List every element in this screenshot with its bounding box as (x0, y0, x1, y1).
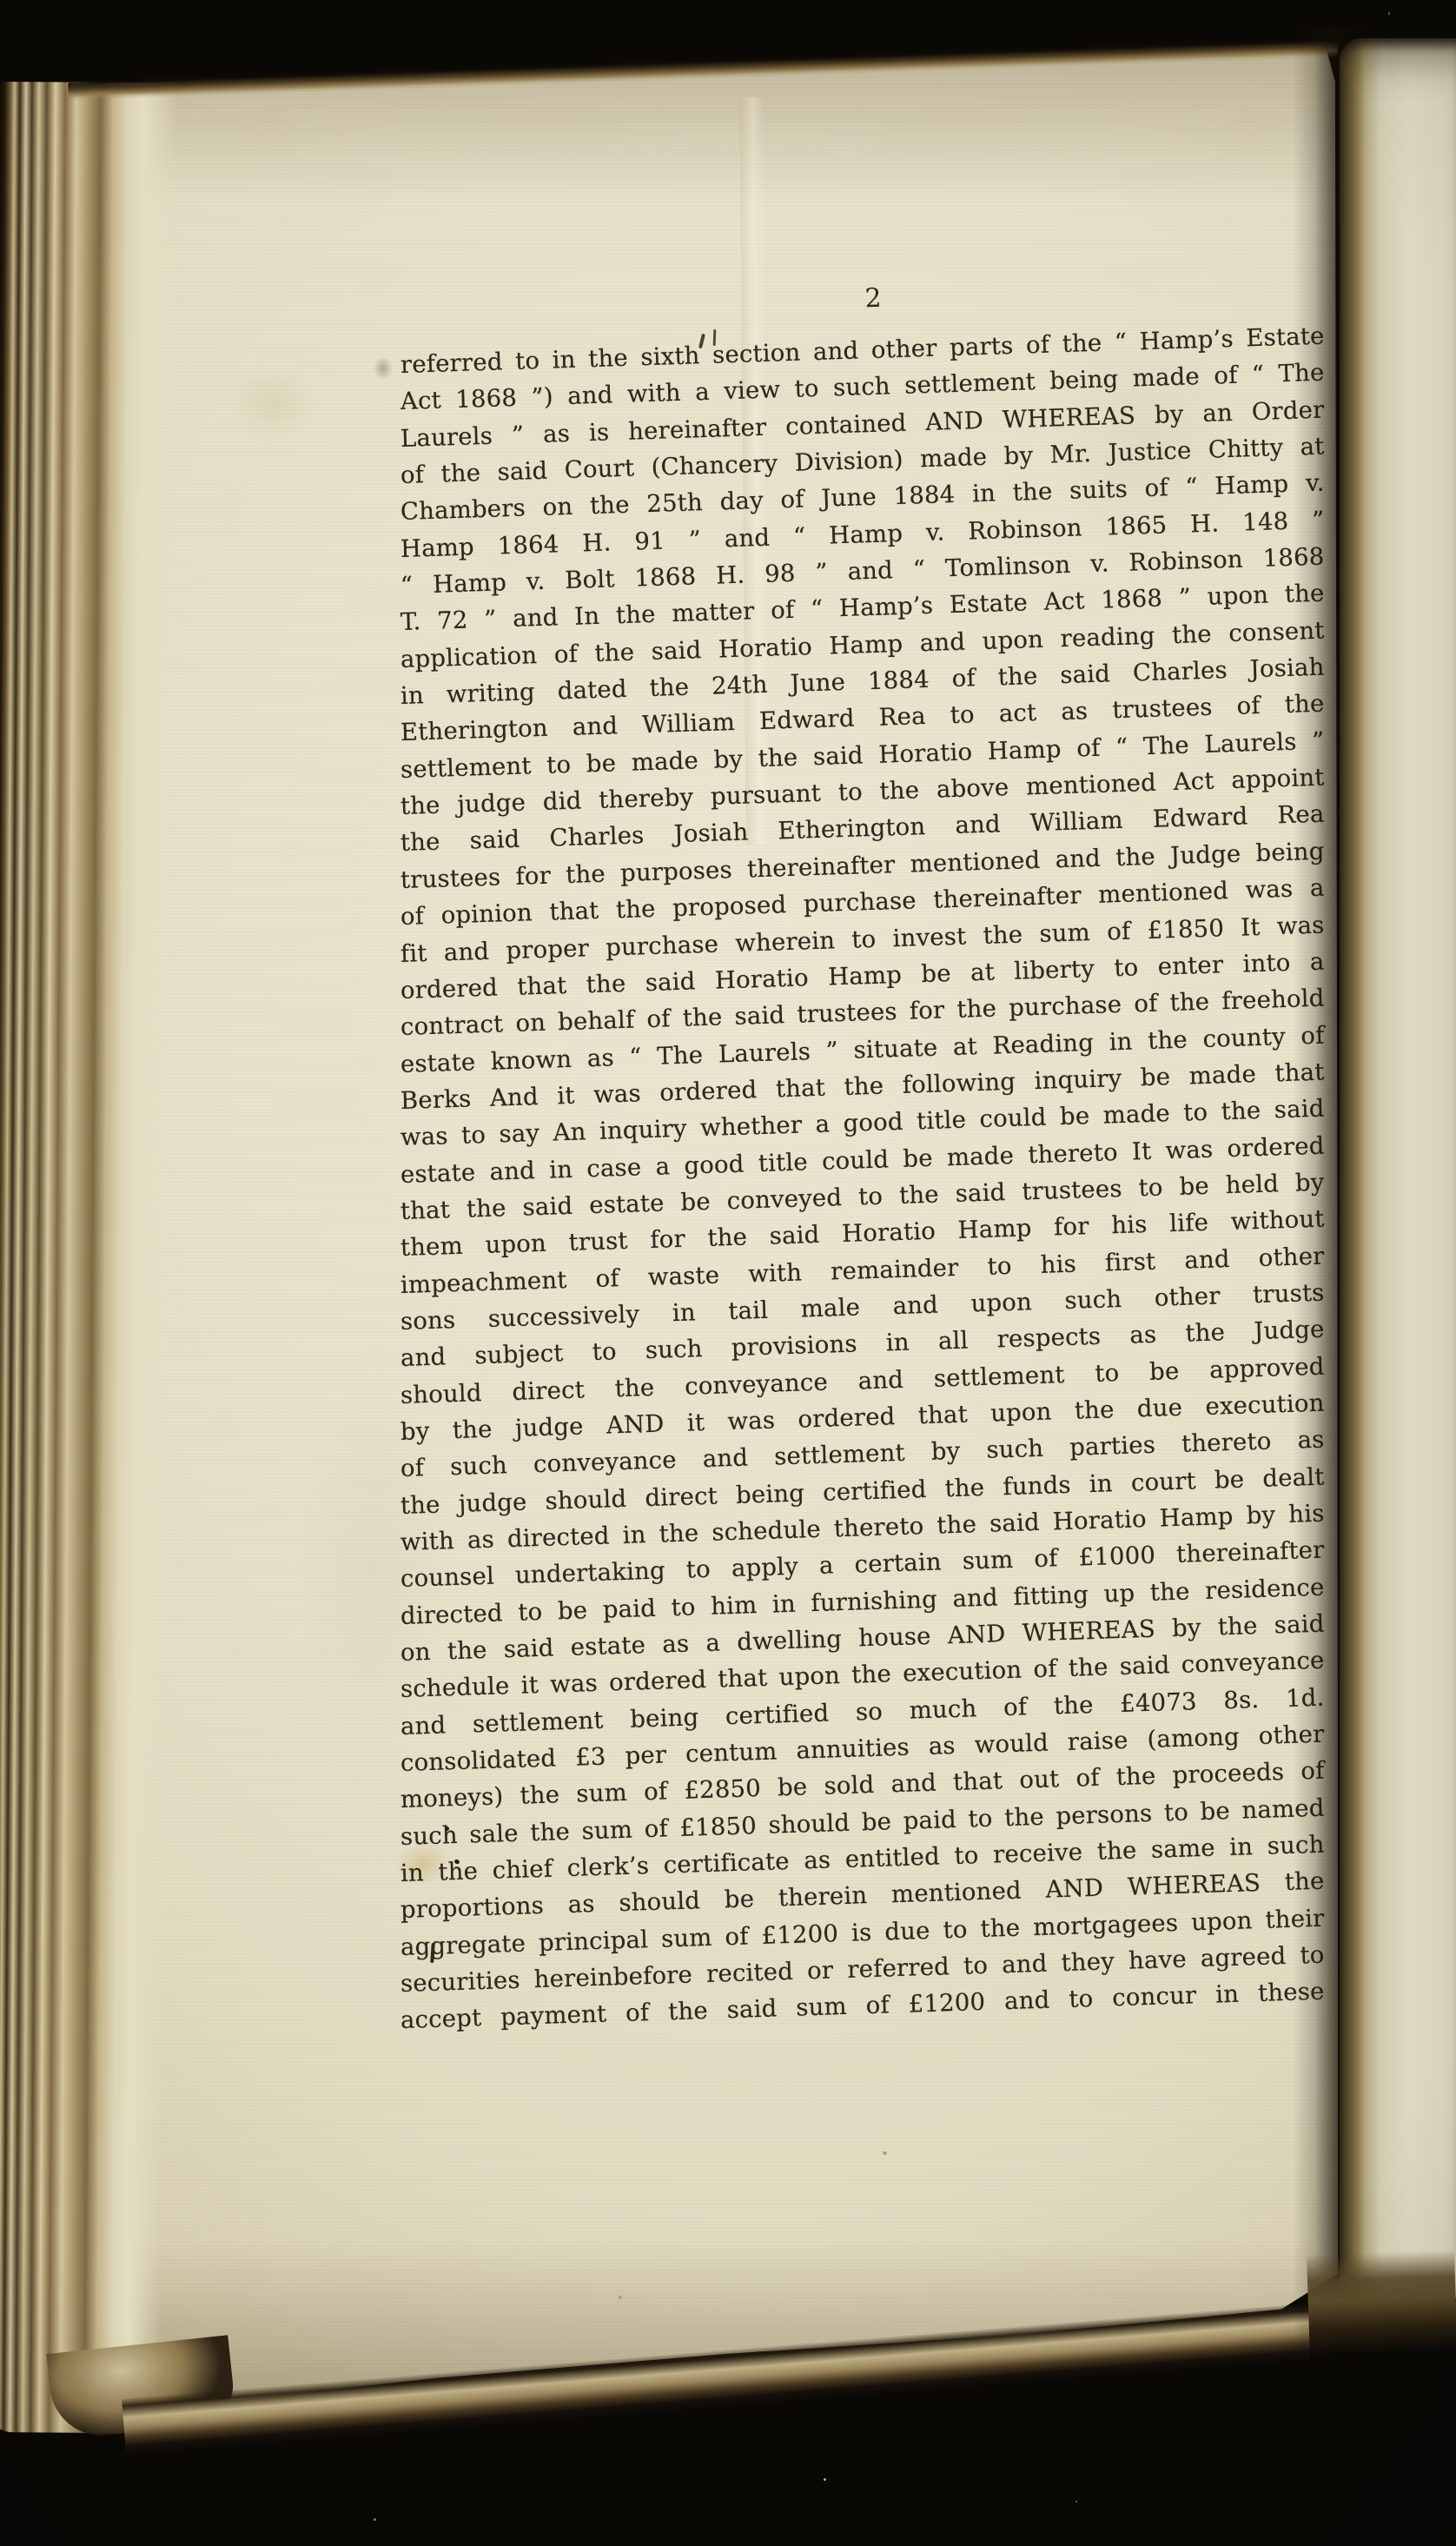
body-text: referred to in the sixth section and oth… (400, 347, 1325, 2039)
book-photo: 2 referred to in the sixth section and o… (0, 0, 1456, 2546)
dust-speck (374, 2518, 376, 2521)
ink-smudge (370, 353, 396, 384)
book-page-edges-left (0, 82, 178, 2433)
dust-speck (824, 2478, 826, 2481)
paper-speck (619, 2296, 622, 2299)
paper-stain (208, 348, 339, 461)
dust-speck (1075, 2501, 1077, 2503)
paper-speck (883, 2152, 887, 2155)
page-number: 2 (812, 282, 935, 315)
dust-speck (1388, 12, 1390, 15)
facing-page-bottom-edge (1307, 2250, 1456, 2361)
facing-page-edge (1340, 38, 1456, 2297)
